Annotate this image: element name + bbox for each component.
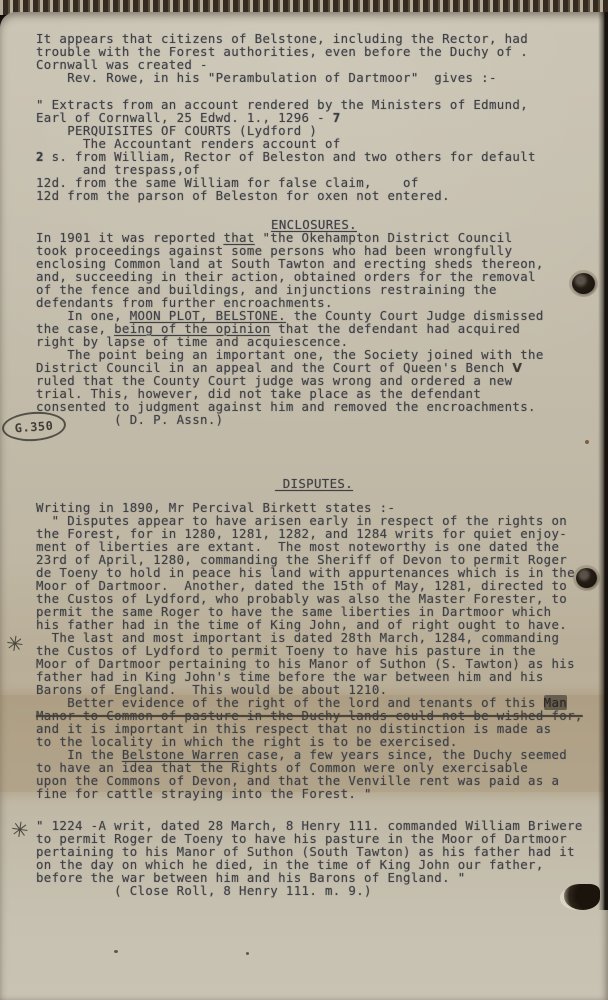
paper-speck — [114, 950, 118, 953]
section-intro: It appears that citizens of Belstone, in… — [36, 32, 592, 84]
text-line: ( D. P. Assn.) — [36, 413, 592, 426]
section-extracts-1296: " Extracts from an account rendered by t… — [36, 98, 592, 202]
section-enclosures-body: In 1901 it was reported that "the Okeham… — [36, 231, 592, 426]
text-line: ( Close Roll, 8 Henry 111. m. 9.) — [36, 884, 592, 897]
text-block: It appears that citizens of Belstone, in… — [0, 12, 608, 897]
text-line: 12d from the parson of Beleston for oxen… — [36, 189, 592, 202]
text-line: fine for cattle straying into the Forest… — [36, 787, 592, 800]
section-disputes-heading: DISPUTES. — [36, 477, 592, 490]
photographed-typescript-page: It appears that citizens of Belstone, in… — [0, 0, 608, 1000]
section-writ-1224: " 1224 -A writ, dated 28 March, 8 Henry … — [36, 819, 592, 897]
document-page: It appears that citizens of Belstone, in… — [0, 12, 608, 1000]
paper-speck — [246, 952, 249, 955]
text-line: DISPUTES. — [36, 477, 592, 490]
margin-asterisk-icon: ✳ — [9, 817, 30, 843]
section-disputes-body: Writing in 1890, Mr Percival Birkett sta… — [36, 501, 592, 800]
text-line: Rev. Rowe, in his "Perambulation of Dart… — [36, 71, 592, 84]
reference-stamp-label: G.350 — [14, 418, 54, 435]
margin-asterisk-icon: ✳ — [4, 631, 25, 657]
